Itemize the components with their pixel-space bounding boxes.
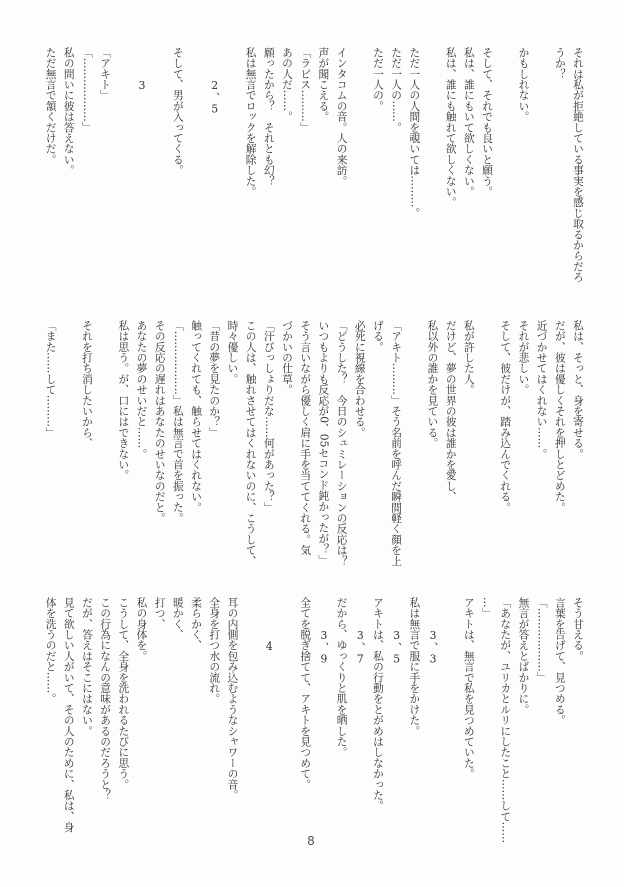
text-line: そして、それでも良いと願う。 <box>478 47 496 292</box>
blank-line <box>423 47 441 292</box>
text-line: その反応の遅れはあなたのせいなのだと。 <box>151 320 169 565</box>
text-line: かもしれない。 <box>514 47 532 292</box>
dialogue-line: 「アキト」 <box>96 47 114 292</box>
dialogue-line: 「汗びっしょりだな……何があった？」 <box>260 320 278 565</box>
section-number: 3、9 <box>314 597 332 842</box>
section-number: 3、7 <box>351 597 369 842</box>
text-line: 声が聞こえる。 <box>314 47 332 292</box>
text-line: 私は、誰にも触れて欲しくない。 <box>442 47 460 292</box>
text-line: そして、男が入ってくる。 <box>169 47 187 292</box>
text-line: 暖かく、 <box>169 597 187 842</box>
text-line: 言葉を告げて、見つめる。 <box>551 597 569 842</box>
blank-line <box>405 320 423 565</box>
blank-line <box>532 47 550 292</box>
text-line: ただ一人の……。 <box>387 47 405 292</box>
text-line: うか？ <box>551 47 569 292</box>
blank-line <box>241 597 259 842</box>
text-line: 見て欲しい人がいて、その人のために、私は、身 <box>60 597 78 842</box>
text-line: 近づかせてはくれない……。 <box>532 320 550 565</box>
dialogue-line: 「ラピス………」 <box>296 47 314 292</box>
blank-line <box>496 47 514 292</box>
dialogue-line: 「昔の夢を見たのか？」 <box>205 320 223 565</box>
blank-line <box>223 47 241 292</box>
text-line: 私は無言で服に手をかけた。 <box>405 597 423 842</box>
text-line: それは私が拒絶している事実を感じ取るからだろ <box>569 47 587 292</box>
text-line: この行為になんの意味があるのだろうと？ <box>96 597 114 842</box>
text-line: 願ったから？ それとも幻？ <box>260 47 278 292</box>
text-line: こうして、全身を洗われるたびに思う。 <box>114 597 132 842</box>
section-number: 3、5 <box>387 597 405 842</box>
text-line: アキトは、無言で私を見つめていた。 <box>460 597 478 842</box>
text-line: あの人だ……。 <box>278 47 296 292</box>
text-line: 私は思う。が、口にはできない。 <box>114 320 132 565</box>
text-tier-middle: 私は、そっと、身を寄せる。 だが、彼は優しくそれを押しとどめた。 近づかせてはく… <box>41 320 587 565</box>
text-tier-top: それは私が拒絶している事実を感じ取るからだろ うか？ かもしれない。 そして、そ… <box>41 47 587 292</box>
text-line: づかいの仕草。 <box>278 320 296 565</box>
text-line: だが、答えはそこにはない。 <box>78 597 96 842</box>
text-line: 打つ、 <box>151 597 169 842</box>
dialogue-line: 「あなたが、ユリカとルリにしたこと……して…… <box>496 597 514 842</box>
text-line: アキトは、私の行動をとがめはしなかった。 <box>369 597 387 842</box>
text-line: だけど、夢の世界の彼は誰かを愛し、 <box>442 320 460 565</box>
dialogue-line: 「また……して………」 <box>41 320 59 565</box>
section-number: 3 <box>132 47 150 292</box>
section-number: 2、5 <box>205 47 223 292</box>
blank-line <box>60 320 78 565</box>
text-line: 時々優しい。 <box>223 320 241 565</box>
text-line: そう甘える。 <box>569 597 587 842</box>
text-line: げる。 <box>369 320 387 565</box>
text-line: 耳の内側を包み込むようなシャワーの音。 <box>223 597 241 842</box>
text-line: 私は無言でロックを解除した。 <box>241 47 259 292</box>
text-line: 必死に視線を合わせる。 <box>351 320 369 565</box>
blank-line <box>151 47 169 292</box>
text-line: 全身を打つ水の流れ。 <box>205 597 223 842</box>
blank-line <box>114 47 132 292</box>
dialogue-line: …」 <box>478 597 496 842</box>
blank-line <box>96 320 114 565</box>
text-line: それを打ち消したいから、 <box>78 320 96 565</box>
text-line: 私が許した人。 <box>460 320 478 565</box>
text-line: インタコムの音。人の来訪。 <box>332 47 350 292</box>
text-line: そして、彼だけが、踏み込んでくれる。 <box>496 320 514 565</box>
text-line: だから、ゆっくりと肌を晒した。 <box>332 597 350 842</box>
dialogue-line: いつもよりも反応が0、05セコンド鈍かったが？」 <box>314 320 332 565</box>
text-line: 触ってくれても、触らせてはくれない。 <box>187 320 205 565</box>
text-tier-bottom: そう甘える。 言葉を告げて、見つめる。 「………………」 無言が答えとばかりに。… <box>41 597 587 842</box>
text-line: 私の問いに彼は答えない。 <box>60 47 78 292</box>
blank-line <box>351 47 369 292</box>
book-page: それは私が拒絶している事実を感じ取るからだろ うか？ かもしれない。 そして、そ… <box>0 0 624 887</box>
text-line: ただ一人の人間を覗いては………。 <box>405 47 423 292</box>
text-line: 私の身体を。 <box>132 597 150 842</box>
dialogue-line: 「どうした？ 今日のシュミレーションの反応は？ <box>332 320 350 565</box>
text-line: この人は、触れさせてはくれないのに、こうして、 <box>241 320 259 565</box>
dialogue-line: 「………………」 <box>78 47 96 292</box>
dialogue-line: 「アキト………」そう名前を呼んだ瞬間軽く顔を上 <box>387 320 405 565</box>
text-line: ただ一人の。 <box>369 47 387 292</box>
page-number: 8 <box>304 834 318 848</box>
dialogue-line: 「………………」私は無言で首を振った。 <box>169 320 187 565</box>
text-line: それが悲しい。 <box>514 320 532 565</box>
text-line: そう言いながら優しく肩に手を当ててくれる。気 <box>296 320 314 565</box>
text-line: 私は、そっと、身を寄せる。 <box>569 320 587 565</box>
section-number: 3、3 <box>423 597 441 842</box>
blank-line <box>478 320 496 565</box>
text-line: あなたの夢のせいだと……。 <box>132 320 150 565</box>
text-line: 全てを脱ぎ捨てて、アキトを見つめて。 <box>296 597 314 842</box>
blank-line <box>278 597 296 842</box>
text-line: 体を洗うのだと……。 <box>41 597 59 842</box>
text-line: 私は、誰にもいて欲しくない。 <box>460 47 478 292</box>
blank-line <box>187 47 205 292</box>
dialogue-line: 「………………」 <box>532 597 550 842</box>
text-line: 私以外の誰かを見ている。 <box>423 320 441 565</box>
text-line: だが、彼は優しくそれを押しとどめた。 <box>551 320 569 565</box>
blank-line <box>442 597 460 842</box>
text-line: ただ無言で頷くだけだ。 <box>41 47 59 292</box>
text-line: 柔らかく、 <box>187 597 205 842</box>
section-number: 4 <box>260 597 278 842</box>
text-line: 無言が答えとばかりに。 <box>514 597 532 842</box>
